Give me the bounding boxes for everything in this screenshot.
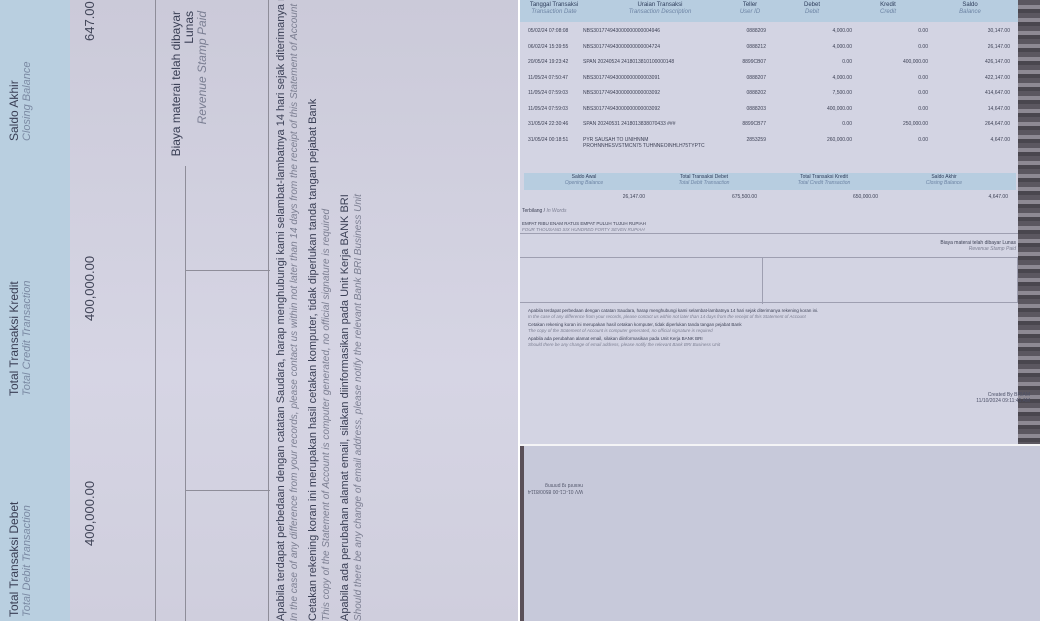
cell-desc: NBS301774943000000000003092 <box>583 106 660 112</box>
col-credit: Kredit Credit <box>858 2 918 16</box>
cell-date: 11/05/24 07:59:03 <box>528 90 568 96</box>
cell-date: 11/05/24 07:59:03 <box>528 106 568 112</box>
table-row: 06/02/24 15:39:55NBS30177494300000000000… <box>520 40 1018 54</box>
cell-balance: 264,647.00 <box>940 121 1010 127</box>
cell-user: 8899CB07 <box>716 59 766 65</box>
cell-date: 31/05/24 00:18:51 <box>528 137 568 143</box>
cell-desc: SPAN 20240531 2418013838070433 ### <box>583 121 676 127</box>
total-credit-value: 650,000.00 <box>798 194 878 200</box>
cell-balance: 414,647.00 <box>940 90 1010 96</box>
left-photo-page: Total Transaksi Debet Total Debit Transa… <box>0 0 518 621</box>
table-row: 31/05/24 22:30:46SPAN 20240531 241801383… <box>520 117 1018 131</box>
cell-credit: 0.00 <box>858 90 928 96</box>
col-debit: Debet Debit <box>782 2 842 16</box>
col-date: Tanggal Transaksi Transaction Date <box>524 2 584 16</box>
total-credit-header: Total Transaksi Kredit Total Credit Tran… <box>764 174 884 186</box>
cell-user: 0888207 <box>716 75 766 81</box>
cell-debit: 4,000.00 <box>782 75 852 81</box>
divider-line <box>185 166 186 621</box>
cell-balance: 26,147.00 <box>940 44 1010 50</box>
cell-credit: 0.00 <box>858 137 928 143</box>
table-row: 31/05/24 00:18:51PYR SAUSAH TO UNIHNNM28… <box>520 133 1018 147</box>
closing-balance-header: Saldo Akhir Closing Balance <box>8 62 34 142</box>
cell-balance: 422,147.00 <box>940 75 1010 81</box>
back-page: WV 01-C1-00 8500/8114 nesnrd rg pnmng <box>520 446 1040 621</box>
total-credit-header: Total Transaksi Kredit Total Credit Tran… <box>8 280 34 396</box>
background-edge <box>520 446 524 621</box>
cell-date: 06/02/24 15:39:55 <box>528 44 568 50</box>
table-row: 11/05/24 07:59:03NBS30177494300000000000… <box>520 86 1018 100</box>
total-debit-value: 400,000.00 <box>82 481 97 546</box>
total-credit-value: 400,000.00 <box>82 256 97 321</box>
cell-desc-line2: PROHNNHESVSTMCN75 TUHNNEOINHLH75TYPTC <box>583 143 705 149</box>
cell-debit: 400,000.00 <box>782 106 852 112</box>
col-description: Uraian Transaksi Transaction Description <box>600 2 720 16</box>
closing-balance-header: Saldo Akhir Closing Balance <box>884 174 1004 186</box>
cell-date: 31/05/24 22:30:46 <box>528 121 568 127</box>
cell-user: 2853259 <box>716 137 766 143</box>
background-edge <box>1018 0 1040 444</box>
opening-balance-value: 26,147.00 <box>565 194 645 200</box>
divider-line <box>155 0 156 621</box>
table-row: 11/05/24 07:59:03NBS30177494300000000000… <box>520 102 1018 116</box>
cell-date: 11/05/24 07:50:47 <box>528 75 568 81</box>
total-debit-header: Total Transaksi Debet Total Debit Transa… <box>644 174 764 186</box>
closing-balance-value: 647.00 <box>82 1 97 41</box>
revenue-stamp-note: Biaya materai telah dibayar Lunas Revenu… <box>940 240 1016 252</box>
cell-debit: 0.00 <box>782 59 852 65</box>
total-debit-value: 675,500.00 <box>677 194 757 200</box>
cell-balance: 30,147.00 <box>940 28 1010 34</box>
table-row: 05/02/24 07:08:08NBS30177494300000000000… <box>520 24 1018 38</box>
revenue-stamp-note: Biaya materai telah dibayar Lunas Revenu… <box>170 11 209 181</box>
divider-line <box>520 233 1018 234</box>
col-balance: Saldo Balance <box>940 2 1000 16</box>
cell-credit: 400,000.00 <box>858 59 928 65</box>
in-words-label: Terbilang / In Words <box>522 208 566 214</box>
closing-balance-value: 4,647.00 <box>928 194 1008 200</box>
divider-line <box>185 490 270 491</box>
cell-user: 0888209 <box>716 28 766 34</box>
divider-line <box>762 258 763 304</box>
signature-box <box>520 257 1018 303</box>
rotated-statement-summary: Total Transaksi Debet Total Debit Transa… <box>0 0 518 621</box>
table-row: 11/05/24 07:50:47NBS30177494300000000000… <box>520 71 1018 85</box>
statement-notes: Apabila terdapat perbedaan dengan catata… <box>528 308 818 350</box>
cell-credit: 0.00 <box>858 28 928 34</box>
cell-debit: 0.00 <box>782 121 852 127</box>
cell-desc: NBS301774943000000000004946 <box>583 28 660 34</box>
divider-line <box>185 270 270 271</box>
cell-user: 0888212 <box>716 44 766 50</box>
cell-balance: 4,647.00 <box>940 137 1010 143</box>
amount-in-words: EMPAT RIBU ENAM RATUS EMPAT PULUH TUJUH … <box>522 221 646 233</box>
table-row: 20/05/24 19:23:42SPAN 20240524 241801381… <box>520 55 1018 69</box>
cell-date: 05/02/24 07:08:08 <box>528 28 568 34</box>
cell-credit: 0.00 <box>858 44 928 50</box>
opening-balance-header: Saldo Awal Opening Balance <box>524 174 644 186</box>
cell-balance: 426,147.00 <box>940 59 1010 65</box>
cell-user: 0888203 <box>716 106 766 112</box>
cell-credit: 250,000.00 <box>858 121 928 127</box>
cell-credit: 0.00 <box>858 75 928 81</box>
cell-debit: 7,500.00 <box>782 90 852 96</box>
cell-desc: NBS301774943000000000003092 <box>583 90 660 96</box>
cell-desc: NBS301774943000000000003091 <box>583 75 660 81</box>
statement-page: Tanggal Transaksi Transaction Date Uraia… <box>520 0 1040 444</box>
cell-date: 20/05/24 19:23:42 <box>528 59 568 65</box>
col-user-id: Teller User ID <box>725 2 775 16</box>
cell-user: 0888202 <box>716 90 766 96</box>
summary-header: Saldo Awal Opening Balance Total Transak… <box>524 173 1016 190</box>
cell-balance: 14,647.00 <box>940 106 1010 112</box>
statement-notes: Apabila terdapat perbedaan dengan catata… <box>275 201 365 621</box>
cell-user: 8899CB77 <box>716 121 766 127</box>
cell-credit: 0.00 <box>858 106 928 112</box>
total-debit-header: Total Transaksi Debet Total Debit Transa… <box>8 502 34 617</box>
cell-desc: NBS301774943000000000004724 <box>583 44 660 50</box>
cell-debit: 4,000.00 <box>782 44 852 50</box>
transactions-table-header: Tanggal Transaksi Transaction Date Uraia… <box>520 0 1018 22</box>
cell-desc: SPAN 20240524 2418013810100000148 <box>583 59 674 65</box>
bleed-through-text: WV 01-C1-00 8500/8114 nesnrd rg pnmng <box>528 482 583 494</box>
cell-debit: 260,000.00 <box>782 137 852 143</box>
divider-line <box>268 0 269 621</box>
created-by-stamp: Created By BRIAM 11/10/2024 09:11:45 AM <box>976 392 1030 404</box>
cell-debit: 4,000.00 <box>782 28 852 34</box>
